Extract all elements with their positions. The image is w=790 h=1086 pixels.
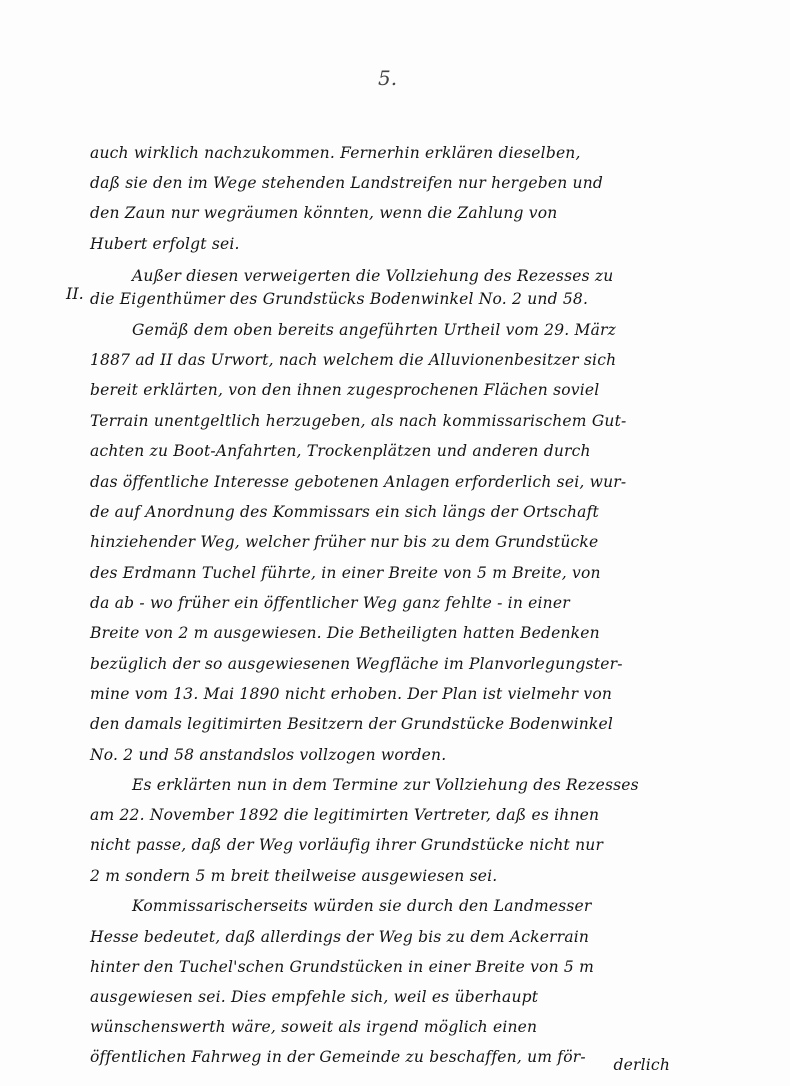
text-line: die Eigenthümer des Grundstücks Bodenwin… [90, 284, 700, 314]
text-line: das öffentliche Interesse gebotenen Anla… [90, 467, 700, 497]
text-line: Breite von 2 m ausgewiesen. Die Betheili… [90, 618, 700, 648]
text-line: auch wirklich nachzukommen. Fernerhin er… [90, 138, 700, 168]
text-line: Hesse bedeutet, daß allerdings der Weg b… [90, 922, 700, 952]
text-line: de auf Anordnung des Kommissars ein sich… [90, 497, 700, 527]
text-line: Hubert erfolgt sei. [90, 229, 700, 259]
text-line: öffentlichen Fahrweg in der Gemeinde zu … [90, 1042, 700, 1072]
text-line: No. 2 und 58 anstandslos vollzogen worde… [90, 740, 700, 770]
text-line: ausgewiesen sei. Dies empfehle sich, wei… [90, 982, 700, 1012]
text-line: bereit erklärten, von den ihnen zugespro… [90, 375, 700, 405]
text-line: Terrain unentgeltlich herzugeben, als na… [90, 406, 700, 436]
text-line: hinter den Tuchel'schen Grundstücken in … [90, 952, 700, 982]
text-line: wünschenswerth wäre, soweit als irgend m… [90, 1012, 700, 1042]
text-line: Es erklärten nun in dem Termine zur Voll… [132, 770, 700, 800]
text-line: achten zu Boot-Anfahrten, Trockenplätzen… [90, 436, 700, 466]
text-line: bezüglich der so ausgewiesenen Wegfläche… [90, 649, 700, 679]
text-line: daß sie den im Wege stehenden Landstreif… [90, 168, 700, 198]
margin-note: II. [66, 284, 84, 303]
catchword: derlich [614, 1050, 670, 1080]
text-line: den Zaun nur wegräumen könnten, wenn die… [90, 198, 700, 228]
text-line: mine vom 13. Mai 1890 nicht erhoben. Der… [90, 679, 700, 709]
text-line: hinziehender Weg, welcher früher nur bis… [90, 527, 700, 557]
page-number: 5. [378, 66, 397, 90]
text-line: Kommissarischerseits würden sie durch de… [132, 891, 700, 921]
text-line: da ab - wo früher ein öffentlicher Weg g… [90, 588, 700, 618]
manuscript-page: 5. II. auch wirklich nachzukommen. Ferne… [0, 0, 790, 1086]
text-line: Gemäß dem oben bereits angeführten Urthe… [132, 315, 700, 345]
text-line: am 22. November 1892 die legitimirten Ve… [90, 800, 700, 830]
text-line: nicht passe, daß der Weg vorläufig ihrer… [90, 830, 700, 860]
text-line: 1887 ad II das Urwort, nach welchem die … [90, 345, 700, 375]
text-line: des Erdmann Tuchel führte, in einer Brei… [90, 558, 700, 588]
text-line: den damals legitimirten Besitzern der Gr… [90, 709, 700, 739]
text-line: 2 m sondern 5 m breit theilweise ausgewi… [90, 861, 700, 891]
